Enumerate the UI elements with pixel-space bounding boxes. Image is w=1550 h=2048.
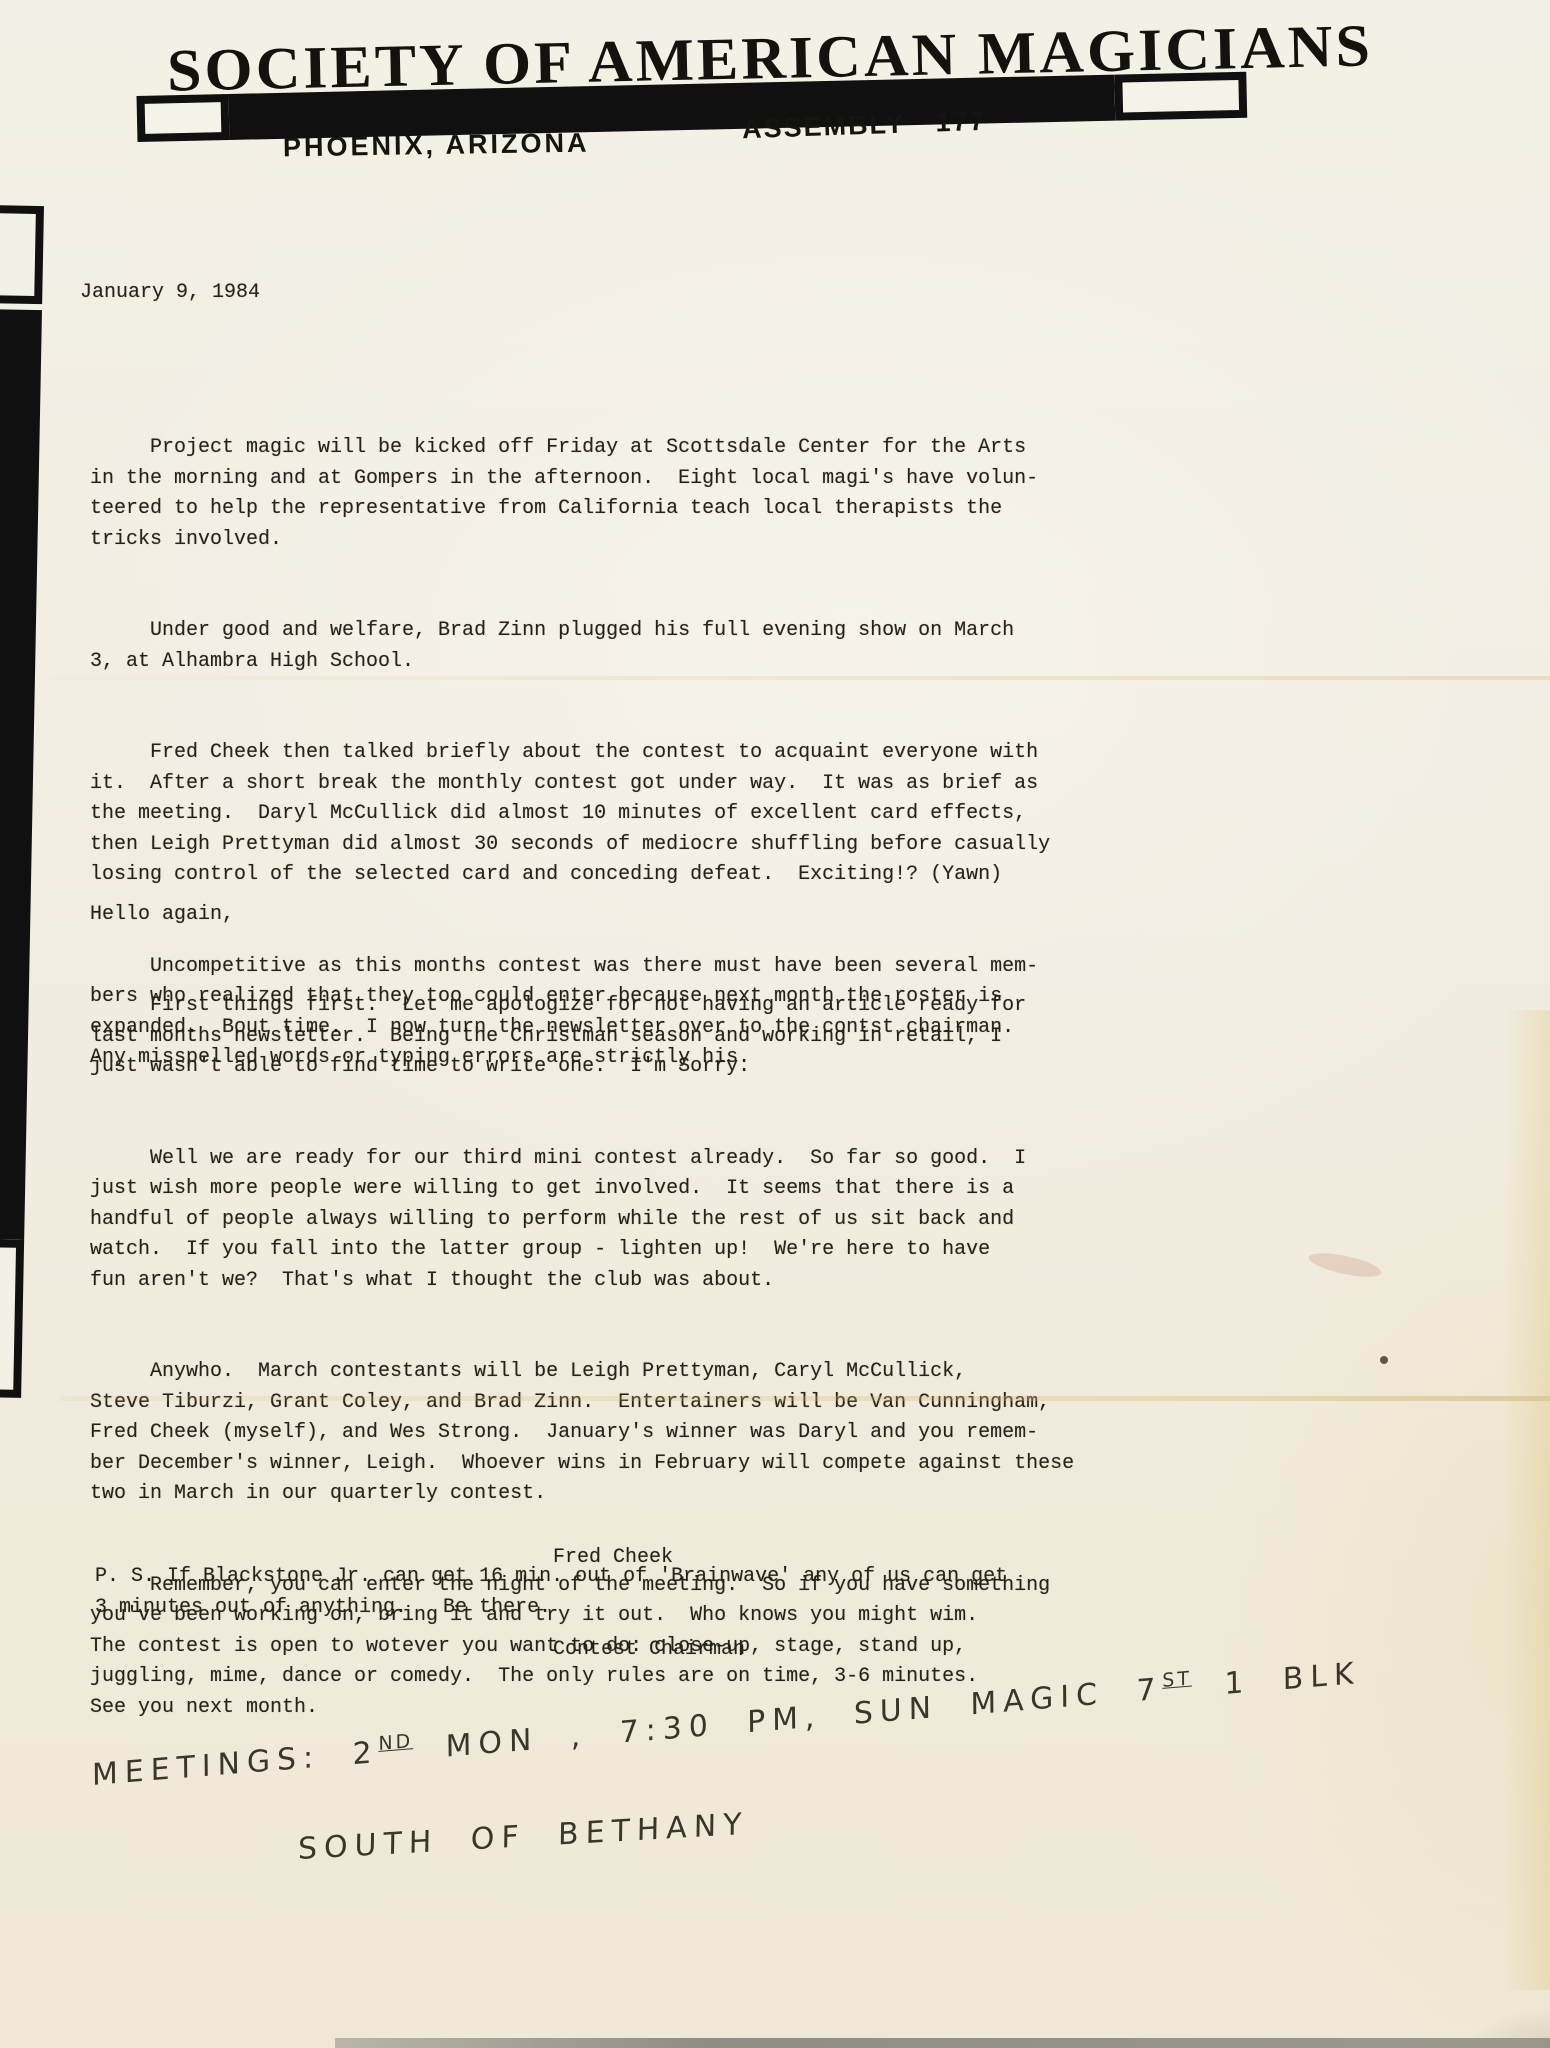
paragraph: Fred Cheek then talked briefly about the…: [90, 738, 1050, 891]
wand-shaft-vertical: [0, 309, 42, 1240]
wand-tip-bottom: [0, 1239, 24, 1398]
paragraph: Under good and welfare, Brad Zinn plugge…: [90, 616, 1050, 677]
wand-tip-left: [136, 94, 229, 142]
handwritten-text: 1 BLK: [1192, 1656, 1361, 1705]
paper-stain: [1307, 1249, 1383, 1282]
wand-tip-top: [0, 205, 44, 304]
handwritten-superscript: ST: [1162, 1667, 1192, 1691]
paragraph: First things first. Let me apologize for…: [90, 991, 1074, 1083]
assembly-label: ASSEMBLY: [742, 109, 906, 145]
handwritten-superscript: ND: [378, 1730, 413, 1755]
postscript: P. S. If Blackstone Jr. can get 16 min. …: [95, 1562, 1007, 1623]
wand-tip-right: [1114, 72, 1247, 121]
ink-dot: [1380, 1356, 1388, 1364]
paragraph: Well we are ready for our third mini con…: [90, 1144, 1074, 1297]
handwritten-meeting-note-line2: SOUTH OF BETHANY: [298, 1807, 749, 1867]
signature-title: Contest Chairman: [553, 1635, 745, 1666]
paper-stain: [1502, 1010, 1550, 1990]
paper-stain: [1430, 1988, 1550, 2048]
location-line: PHOENIX, ARIZONA: [283, 128, 590, 164]
letter-date: January 9, 1984: [80, 278, 260, 309]
paragraph: Project magic will be kicked off Friday …: [90, 433, 1050, 555]
newsletter-page: SOCIETY OF AMERICAN MAGICIANS PHOENIX, A…: [0, 0, 1550, 2048]
magic-wand-left-edge-icon: [0, 205, 44, 1398]
greeting: Hello again,: [90, 900, 234, 931]
scan-edge: [335, 2038, 1550, 2048]
assembly-number: 177: [935, 106, 987, 138]
